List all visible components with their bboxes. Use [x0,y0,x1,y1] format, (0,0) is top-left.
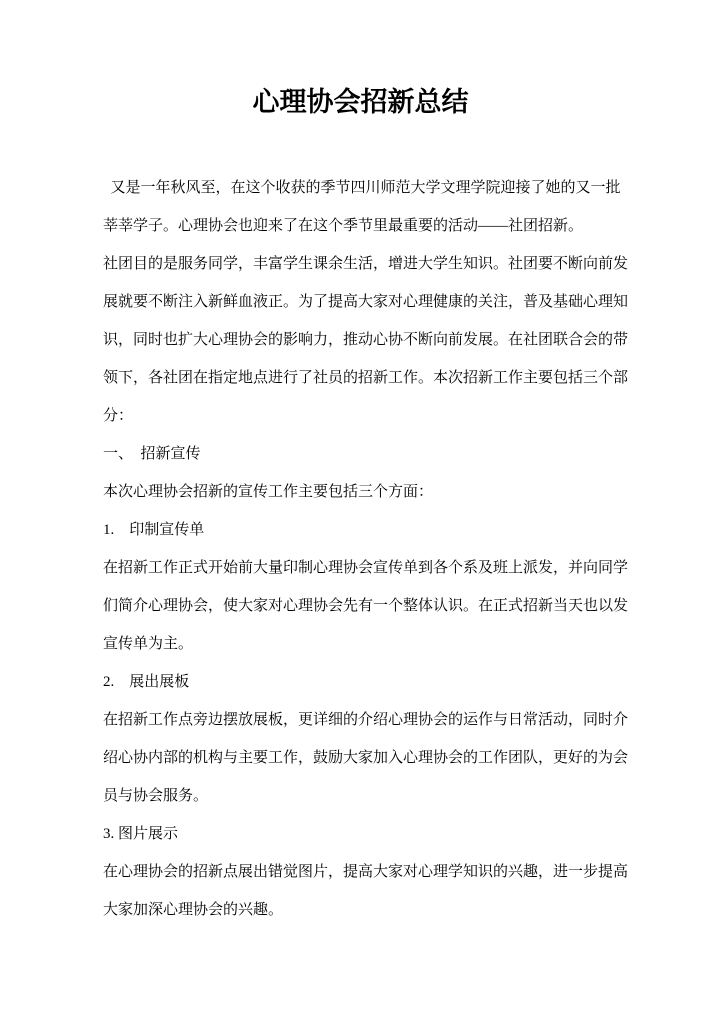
document-body: 又是一年秋风至，在这个收获的季节四川师范大学文理学院迎接了她的又一批莘莘学子。心… [0,169,721,929]
document-page: 心理协会招新总结 又是一年秋风至，在这个收获的季节四川师范大学文理学院迎接了她的… [0,0,721,1020]
paragraph-line: 本次心理协会招新的宣传工作主要包括三个方面： [103,473,618,511]
paragraph-line: 们简介心理协会，使大家对心理协会先有一个整体认识。在正式招新当天也以发 [103,587,618,625]
paragraph-line: 大家加深心理协会的兴趣。 [103,891,618,929]
paragraph-line: 一、 招新宣传 [103,435,618,473]
paragraph-line: 又是一年秋风至，在这个收获的季节四川师范大学文理学院迎接了她的又一批 [103,169,618,207]
paragraph-line: 在心理协会的招新点展出错觉图片，提高大家对心理学知识的兴趣，进一步提高 [103,853,618,891]
paragraph-line: 宣传单为主。 [103,625,618,663]
paragraph-line: 1. 印制宣传单 [103,511,618,549]
paragraph-line: 员与协会服务。 [103,777,618,815]
paragraph-line: 在招新工作点旁边摆放展板，更详细的介绍心理协会的运作与日常活动，同时介 [103,701,618,739]
paragraph-line: 展就要不断注入新鲜血液正。为了提高大家对心理健康的关注，普及基础心理知 [103,283,618,321]
paragraph-line: 分： [103,397,618,435]
paragraph-line: 莘莘学子。心理协会也迎来了在这个季节里最重要的活动——社团招新。 [103,207,618,245]
paragraph-line: 在招新工作正式开始前大量印制心理协会宣传单到各个系及班上派发，并向同学 [103,549,618,587]
paragraph-line: 绍心协内部的机构与主要工作，鼓励大家加入心理协会的工作团队，更好的为会 [103,739,618,777]
document-title: 心理协会招新总结 [0,0,721,122]
paragraph-line: 识，同时也扩大心理协会的影响力，推动心协不断向前发展。在社团联合会的带 [103,321,618,359]
paragraph-line: 领下，各社团在指定地点进行了社员的招新工作。本次招新工作主要包括三个部 [103,359,618,397]
paragraph-line: 社团目的是服务同学，丰富学生课余生活，增进大学生知识。社团要不断向前发 [103,245,618,283]
paragraph-line: 3. 图片展示 [103,815,618,853]
paragraph-line: 2. 展出展板 [103,663,618,701]
